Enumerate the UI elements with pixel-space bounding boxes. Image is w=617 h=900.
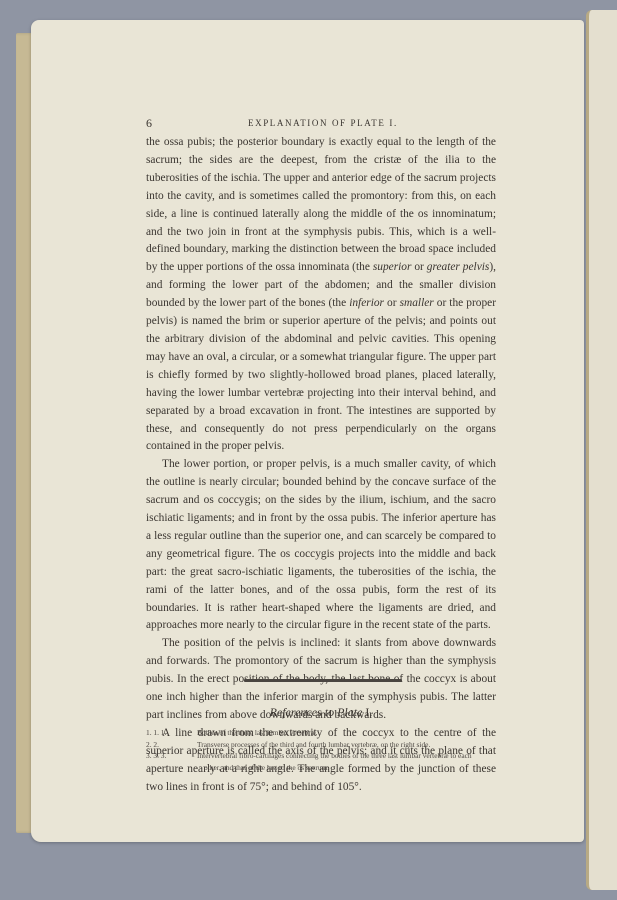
running-title: EXPLANATION OF PLATE I. — [248, 118, 398, 128]
reference-item: 1. 1. 1. Bodies of the three last lumbar… — [146, 727, 498, 739]
references-list: 1. 1. 1. Bodies of the three last lumbar… — [146, 727, 498, 773]
body-text: the ossa pubis; the posterior boundary i… — [146, 134, 496, 797]
reference-key: 1. 1. 1. — [146, 727, 197, 739]
adjacent-page-edge — [586, 10, 617, 890]
paragraph: the ossa pubis; the posterior boundary i… — [146, 134, 496, 456]
section-rule — [244, 679, 402, 682]
text-run: or — [384, 297, 400, 309]
reference-desc: Transverse processes of the third and fo… — [197, 739, 498, 751]
references-plate-numeral: I. — [365, 705, 372, 719]
reference-continuation: other, and that of the last to the os sa… — [146, 762, 498, 774]
text-run: the ossa pubis; the posterior boundary i… — [146, 136, 496, 273]
reference-item: 2. 2. Transverse processes of the third … — [146, 739, 498, 751]
italic-term: inferior — [349, 297, 384, 309]
page-number: 6 — [146, 116, 152, 131]
reference-key: 3. 3. 3. — [146, 750, 197, 762]
text-run: or — [411, 261, 426, 273]
italic-term: superior — [373, 261, 412, 273]
text-run: The lower portion, or proper pelvis, is … — [146, 458, 496, 631]
reference-desc: Intervertebral fibro-cartilages connecti… — [197, 750, 498, 762]
text-run: or the proper pelvis) is named the brim … — [146, 297, 496, 452]
references-heading: References to Plate I. — [146, 705, 496, 720]
italic-term: smaller — [400, 297, 434, 309]
references-heading-text: References to Plate — [270, 705, 363, 719]
paragraph: The lower portion, or proper pelvis, is … — [146, 456, 496, 635]
italic-term: greater pelvis — [427, 261, 490, 273]
reference-desc: Bodies of the three last lumbar vertebræ… — [197, 727, 498, 739]
reference-key: 2. 2. — [146, 739, 197, 751]
running-head: 6 EXPLANATION OF PLATE I. — [146, 114, 496, 134]
reference-item: 3. 3. 3. Intervertebral fibro-cartilages… — [146, 750, 498, 762]
page-content: 6 EXPLANATION OF PLATE I. the ossa pubis… — [146, 114, 496, 797]
